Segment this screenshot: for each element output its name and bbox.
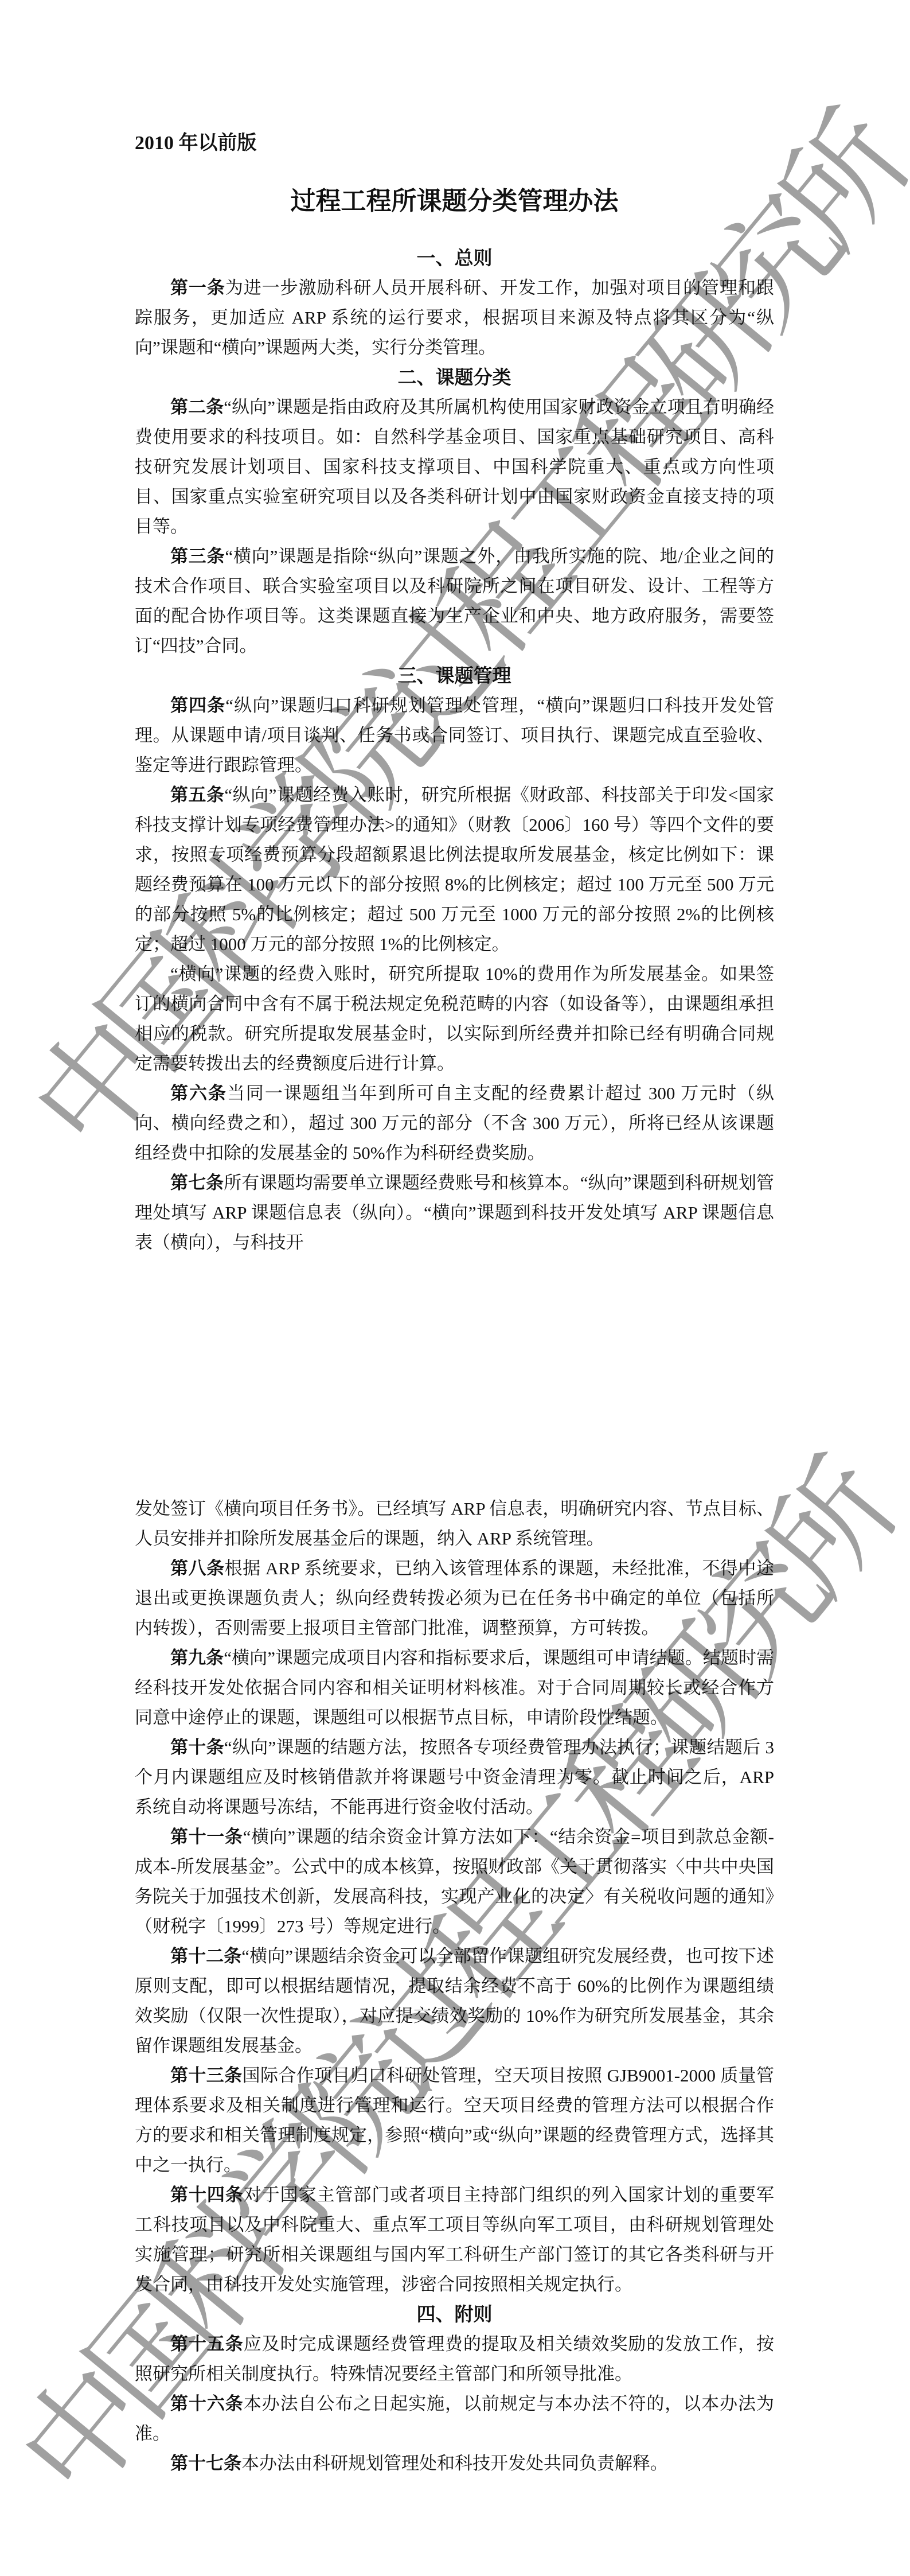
article-number-label: 第十四条 xyxy=(170,2185,244,2205)
document-section: 三、课题管理 第四条“纵向”课题归口科研规划管理处管理，“横向”课题归口科技开发… xyxy=(135,661,774,2299)
article-number-label: 第十三条 xyxy=(170,2065,243,2085)
article-number-label: 第一条 xyxy=(170,278,225,298)
paragraph: 第八条根据 ARP 系统要求，已纳入该管理体系的课题，未经批准，不得中途退出或更… xyxy=(135,1554,774,1643)
article-number-label: 第三条 xyxy=(170,546,225,566)
article-text: “纵向”课题经费入账时，研究所根据《财政部、科技部关于印发<国家科技支撑计划专项… xyxy=(135,785,774,954)
paragraph: 第十三条国际合作项目归口科研处管理，空天项目按照 GJB9001-2000 质量… xyxy=(135,2061,774,2180)
paragraph: 第十四条对于国家主管部门或者项目主持部门组织的列入国家计划的重要军工科技项目以及… xyxy=(135,2180,774,2299)
section-paragraphs: 第二条“纵向”课题是指由政府及其所属机构使用国家财政资金立项且有明确经费使用要求… xyxy=(135,392,774,661)
section-paragraphs: 第十五条应及时完成课题经费管理费的提取及相关绩效奖励的发放工作，按照研究所相关制… xyxy=(135,2329,774,2478)
article-text: “纵向”课题是指由政府及其所属机构使用国家财政资金立项且有明确经费使用要求的科技… xyxy=(135,397,774,536)
article-text: 所有课题均需要单立课题经费账号和核算本。“纵向”课题到科研规划管理处填写 ARP… xyxy=(135,1173,774,1252)
paragraph: 第十二条“横向”课题结余资金可以全部留作课题组研究发展经费，也可按下述原则支配，… xyxy=(135,1941,774,2061)
paragraph: 第十条“纵向”课题的结题方法，按照各专项经费管理办法执行；课题结题后 3 个月内… xyxy=(135,1733,774,1822)
article-text: 为进一步激励科研人员开展科研、开发工作，加强对项目的管理和跟踪服务，更加适应 A… xyxy=(135,278,774,357)
article-text: 当同一课题组当年到所可自主支配的经费累计超过 300 万元时（纵向、横向经费之和… xyxy=(135,1083,774,1163)
section-heading: 四、附则 xyxy=(135,2299,774,2329)
paragraph: 第十一条“横向”课题的结余资金计算方法如下：“结余资金=项目到款总金额-成本-所… xyxy=(135,1822,774,1941)
article-text: “横向”课题的经费入账时，研究所提取 10%的费用作为所发展基金。如果签订的横向… xyxy=(135,964,774,1073)
paragraph: 第十六条本办法自公布之日起实施，以前规定与本办法不符的，以本办法为准。 xyxy=(135,2389,774,2449)
article-number-label: 第十七条 xyxy=(170,2453,241,2473)
paragraph: 第六条当同一课题组当年到所可自主支配的经费累计超过 300 万元时（纵向、横向经… xyxy=(135,1079,774,1168)
article-number-label: 第十六条 xyxy=(170,2394,244,2414)
article-number-label: 第十条 xyxy=(170,1737,224,1757)
article-number-label: 第十一条 xyxy=(170,1827,243,1847)
article-number-label: 第七条 xyxy=(170,1173,224,1193)
paragraph: 第十五条应及时完成课题经费管理费的提取及相关绩效奖励的发放工作，按照研究所相关制… xyxy=(135,2329,774,2389)
article-text: “横向”课题是指除“纵向”课题之外，由我所实施的院、地/企业之间的技术合作项目、… xyxy=(135,546,774,656)
article-text: “纵向”课题的结题方法，按照各专项经费管理办法执行；课题结题后 3 个月内课题组… xyxy=(135,1737,774,1817)
document-section: 二、课题分类 第二条“纵向”课题是指由政府及其所属机构使用国家财政资金立项且有明… xyxy=(135,363,774,661)
paragraph: 第十七条本办法由科研规划管理处和科技开发处共同负责解释。 xyxy=(135,2449,774,2478)
article-text: 根据 ARP 系统要求，已纳入该管理体系的课题，未经批准，不得中途退出或更换课题… xyxy=(135,1558,774,1638)
document-section: 一、总则 第一条为进一步激励科研人员开展科研、开发工作，加强对项目的管理和跟踪服… xyxy=(135,243,774,363)
article-text: 本办法由科研规划管理处和科技开发处共同负责解释。 xyxy=(241,2453,668,2473)
document-section: 四、附则 第十五条应及时完成课题经费管理费的提取及相关绩效奖励的发放工作，按照研… xyxy=(135,2299,774,2478)
article-number-label: 第二条 xyxy=(170,397,224,417)
paragraph: 第七条所有课题均需要单立课题经费账号和核算本。“纵向”课题到科研规划管理处填写 … xyxy=(135,1168,774,1258)
document-page: 2010 年以前版 过程工程所课题分类管理办法 一、总则 第一条为进一步激励科研… xyxy=(0,0,910,2478)
document-title: 过程工程所课题分类管理办法 xyxy=(135,184,774,219)
article-number-label: 第四条 xyxy=(170,695,225,715)
article-number-label: 第六条 xyxy=(170,1083,227,1103)
section-paragraphs: 第一条为进一步激励科研人员开展科研、开发工作，加强对项目的管理和跟踪服务，更加适… xyxy=(135,273,774,363)
article-number-label: 第十五条 xyxy=(170,2334,244,2354)
article-number-label: 第十二条 xyxy=(170,1946,241,1966)
section-paragraphs: 第四条“纵向”课题归口科研规划管理处管理，“横向”课题归口科技开发处管理。从课题… xyxy=(135,691,774,2299)
paragraph: 第三条“横向”课题是指除“纵向”课题之外，由我所实施的院、地/企业之间的技术合作… xyxy=(135,542,774,661)
document-canvas: { "header": { "edition_label": "2010 年以前… xyxy=(0,0,910,2576)
paragraph: 第五条“纵向”课题经费入账时，研究所根据《财政部、科技部关于印发<国家科技支撑计… xyxy=(135,780,774,959)
document-sections: 一、总则 第一条为进一步激励科研人员开展科研、开发工作，加强对项目的管理和跟踪服… xyxy=(135,243,774,2478)
article-text: “纵向”课题归口科研规划管理处管理，“横向”课题归口科技开发处管理。从课题申请/… xyxy=(135,695,774,775)
edition-label: 2010 年以前版 xyxy=(135,130,774,157)
article-text: 发处签订《横向项目任务书》。已经填写 ARP 信息表，明确研究内容、节点目标、人… xyxy=(135,1499,774,1548)
paragraph: 第四条“纵向”课题归口科研规划管理处管理，“横向”课题归口科技开发处管理。从课题… xyxy=(135,691,774,780)
section-heading: 二、课题分类 xyxy=(135,363,774,392)
paragraph: 第一条为进一步激励科研人员开展科研、开发工作，加强对项目的管理和跟踪服务，更加适… xyxy=(135,273,774,363)
section-heading: 一、总则 xyxy=(135,243,774,273)
paragraph: “横向”课题的经费入账时，研究所提取 10%的费用作为所发展基金。如果签订的横向… xyxy=(135,959,774,1079)
paragraph: 第九条“横向”课题完成项目内容和指标要求后，课题组可申请结题。结题时需经科技开发… xyxy=(135,1643,774,1733)
article-number-label: 第八条 xyxy=(170,1558,225,1578)
article-number-label: 第九条 xyxy=(170,1648,224,1668)
paragraph: 发处签订《横向项目任务书》。已经填写 ARP 信息表，明确研究内容、节点目标、人… xyxy=(135,1494,774,1554)
article-text: “横向”课题完成项目内容和指标要求后，课题组可申请结题。结题时需经科技开发处依据… xyxy=(135,1648,774,1727)
paragraph: 第二条“纵向”课题是指由政府及其所属机构使用国家财政资金立项且有明确经费使用要求… xyxy=(135,392,774,542)
article-number-label: 第五条 xyxy=(170,785,224,805)
section-heading: 三、课题管理 xyxy=(135,661,774,691)
